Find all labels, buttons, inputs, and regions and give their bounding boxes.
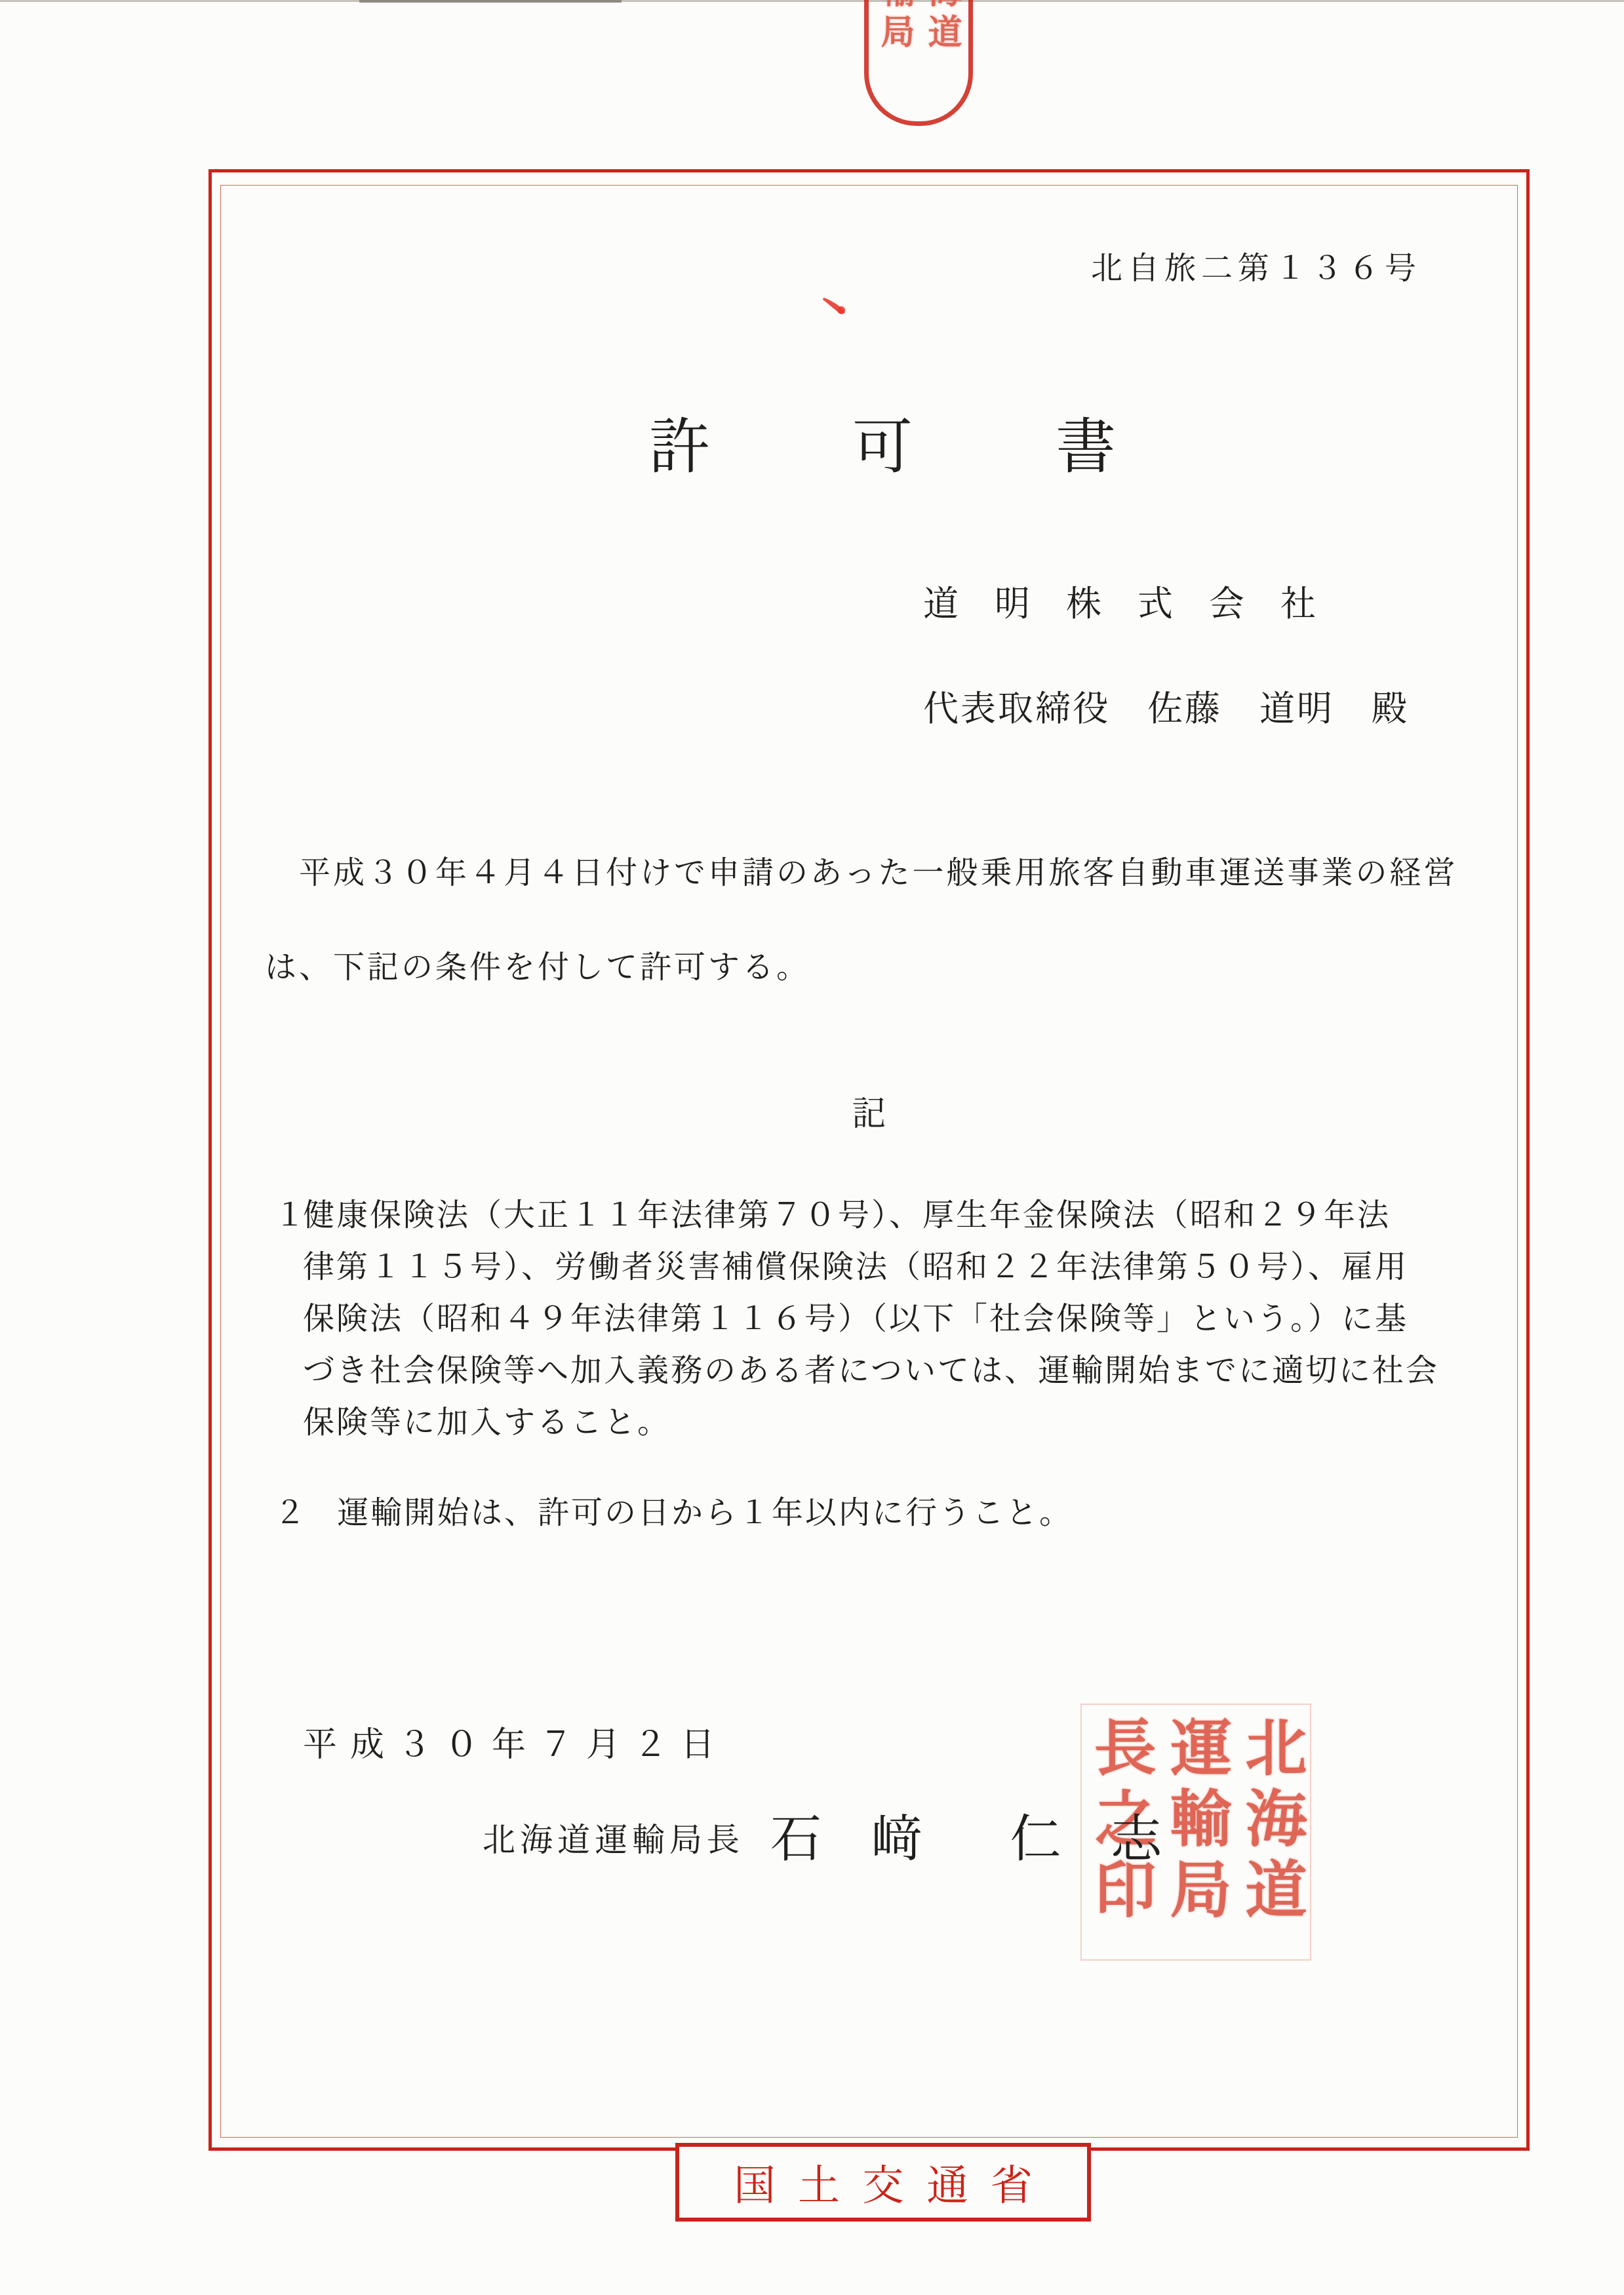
signature-office-title: 北海道運輸局長 [483, 1814, 744, 1861]
scan-edge-line [0, 0, 1624, 2]
condition-1-line-3: 保険法（昭和４９年法律第１１６号）（以下「社会保険等」という。）に基 [303, 1293, 1490, 1345]
recipient-company: 道明株式会社 [923, 576, 1352, 626]
intro-paragraph-line-1: 平成３０年４月４日付けで申請のあった一般乗用旅客自動車運送事業の経営 [265, 847, 1458, 892]
condition-1-line-4: づき社会保険等へ加入義務のある者については、運輸開始までに適切に社会 [303, 1345, 1490, 1397]
intro-paragraph-line-2: は、下記の条件を付して許可する。 [265, 942, 810, 987]
condition-1-line-2: 律第１１５号）、労働者災害補償保険法（昭和２２年法律第５０号）、雇用 [303, 1241, 1490, 1293]
top-seal-column-left: 運輸局 [870, 0, 917, 123]
condition-1-number: １ [274, 1189, 307, 1241]
condition-item-2: ２ 運輸開始は、許可の日から１年以内に行うこと。 [337, 1487, 1073, 1539]
ministry-label: 国土交通省 [711, 2152, 1055, 2212]
top-partial-bureau-seal: 北海道 運輸局 [864, 0, 973, 126]
ministry-box: 国土交通省 [675, 2143, 1091, 2222]
condition-2-line-1: 運輸開始は、許可の日から１年以内に行うこと。 [337, 1487, 1073, 1539]
condition-item-1: １ 健康保険法（大正１１年法律第７０号）、厚生年金保険法（昭和２９年法 律第１１… [303, 1189, 1490, 1448]
scan-edge-line-dark [359, 0, 622, 3]
scanned-permit-page: { "colors": { "frame-red": "#c8241c", "s… [0, 0, 1624, 2295]
top-seal-script-text: 北海道 運輸局 [870, 0, 964, 123]
red-ink-mark [821, 295, 852, 319]
document-title: 許可書 [649, 399, 1259, 485]
issue-date: 平成３０年７月２日 [303, 1717, 728, 1766]
condition-1-line-1: 健康保険法（大正１１年法律第７０号）、厚生年金保険法（昭和２９年法 [303, 1189, 1490, 1241]
condition-2-number: ２ [274, 1487, 307, 1539]
condition-1-line-5: 保険等に加入すること。 [303, 1397, 1490, 1448]
recipient-representative: 代表取締役 佐藤 道明 殿 [923, 681, 1409, 731]
signature-name: 石 﨑 仁 志 [770, 1798, 1180, 1871]
top-seal-column-right: 北海道 [917, 0, 964, 123]
document-number: 北自旅二第１３６号 [1091, 243, 1421, 288]
director-seal-column-right: 北海道 [1232, 1715, 1307, 1951]
section-marker-ki: 記 [208, 1086, 1530, 1135]
